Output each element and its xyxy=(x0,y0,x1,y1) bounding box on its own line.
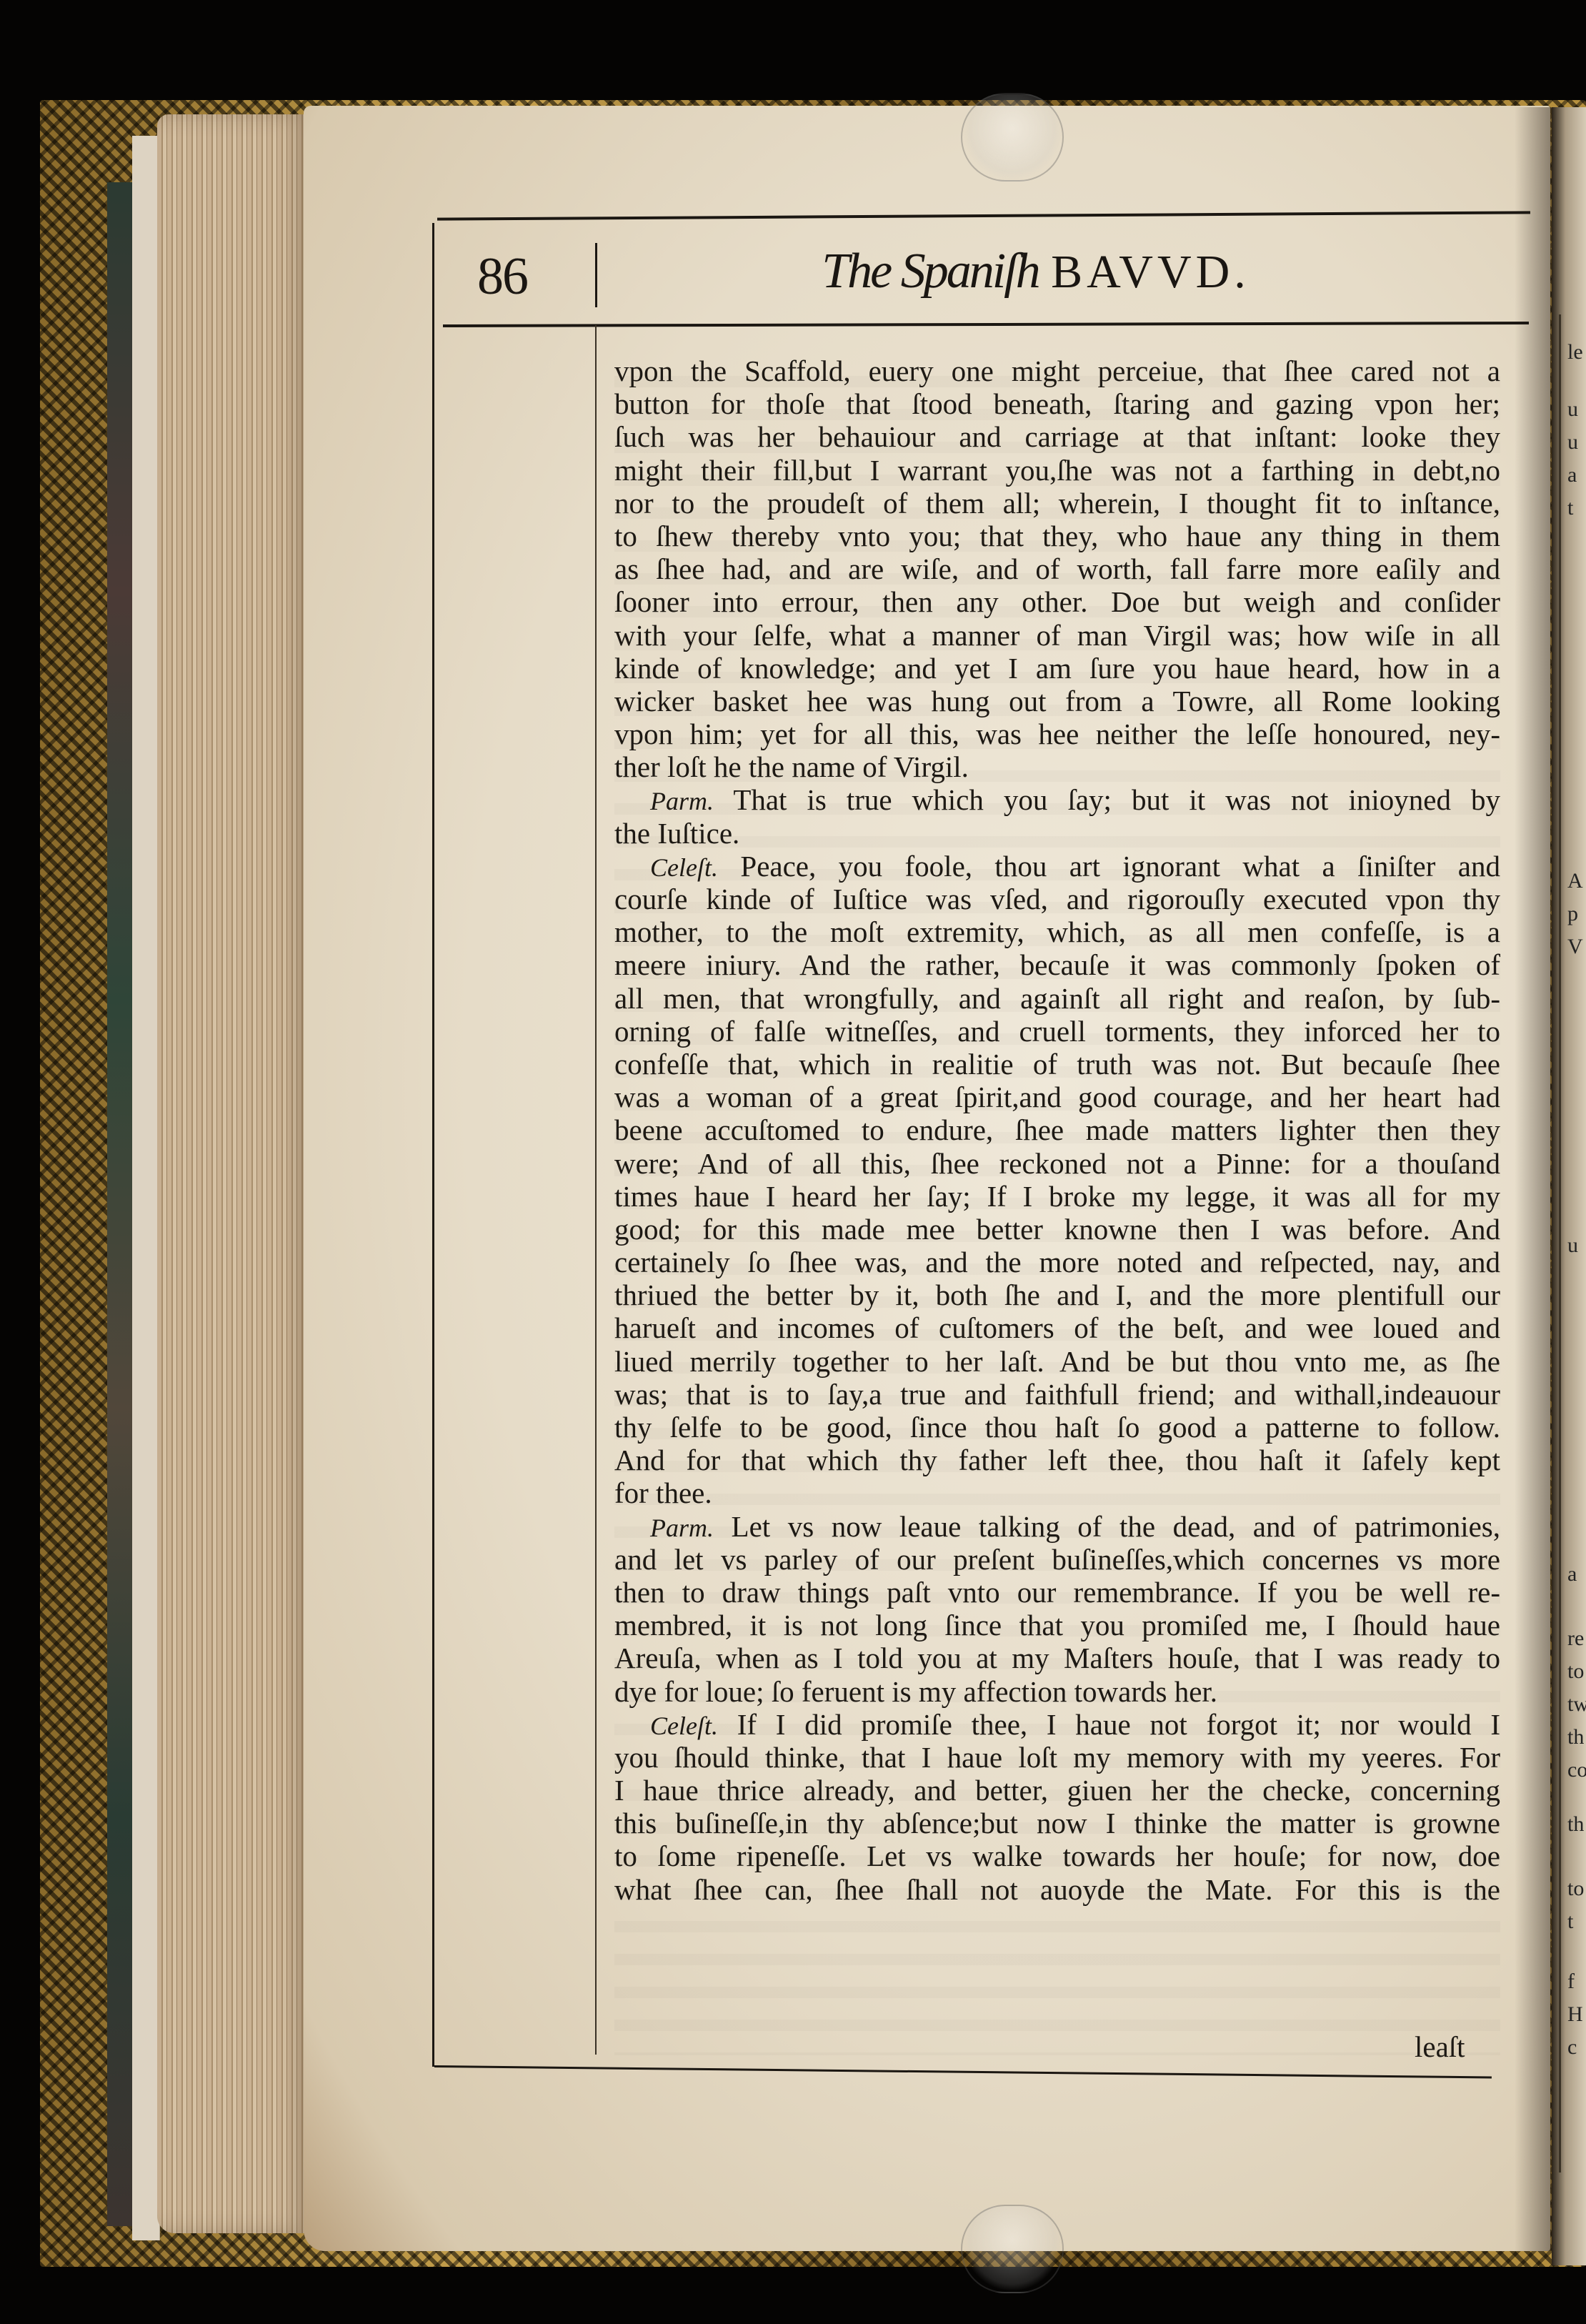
text-line: courſe kinde of Iuſtice was vſed, and ri… xyxy=(614,883,1500,915)
line-text: might their fill,but I warrant you,ſhe w… xyxy=(614,454,1500,487)
text-line: button for thoſe that ſtood beneath, ſta… xyxy=(614,387,1500,420)
line-text: all men, that wrongfully, and againſt al… xyxy=(614,982,1500,1015)
facing-fragment: u xyxy=(1567,393,1578,426)
text-line: vpon the Scaffold, euery one might perce… xyxy=(614,354,1500,387)
line-text: thy ſelfe to be good, ſince thou haſt ſo… xyxy=(614,1411,1500,1444)
text-column-rule xyxy=(595,325,597,2055)
facing-fragment: f xyxy=(1567,1965,1575,1998)
text-line: thriued the better by it, both ſhe and I… xyxy=(614,1278,1500,1311)
line-text: harueſt and incomes of cuſtomers of the … xyxy=(614,1311,1500,1344)
text-line: dye for loue; ſo feruent is my affection… xyxy=(614,1675,1500,1708)
text-line: ther loſt he the name of Virgil. xyxy=(614,750,1500,783)
facing-page-edge: le u u a t A p V u a re to tw th co th t… xyxy=(1552,107,1586,2265)
text-line: And for that which thy father left thee,… xyxy=(614,1444,1500,1476)
text-line: the Iuſtice. xyxy=(614,817,1500,850)
text-line: might their fill,but I warrant you,ſhe w… xyxy=(614,454,1500,487)
facing-fragment: le xyxy=(1567,336,1583,369)
text-line: mother, to the moſt extremity, which, as… xyxy=(614,915,1500,948)
text-line: liued merrily together to her laſt. And … xyxy=(614,1345,1500,1378)
left-column-rule xyxy=(432,223,434,2067)
facing-fragment: V xyxy=(1567,930,1583,963)
text-line: wicker basket hee was hung out from a To… xyxy=(614,685,1500,717)
text-line: beene accuſtomed to endure, ſhee made ma… xyxy=(614,1113,1500,1146)
text-line: as ſhee had, and are wiſe, and of worth,… xyxy=(614,552,1500,585)
line-text: to ſome ripeneſſe. Let vs walke towards … xyxy=(614,1839,1500,1872)
line-text: Peace, you foole, thou art ignorant what… xyxy=(740,850,1500,883)
line-text: liued merrily together to her laſt. And … xyxy=(614,1345,1500,1378)
line-text: confeſſe that, which in realitie of trut… xyxy=(614,1048,1500,1081)
line-text: mother, to the moſt extremity, which, as… xyxy=(614,915,1500,948)
line-text: courſe kinde of Iuſtice was vſed, and ri… xyxy=(614,883,1500,915)
line-text: then to draw things paſt vnto our rememb… xyxy=(614,1576,1500,1609)
line-text: dye for loue; ſo feruent is my affection… xyxy=(614,1675,1217,1708)
facing-fragment: a xyxy=(1567,1558,1577,1591)
line-text: That is true which you ſay; but it was n… xyxy=(733,783,1500,816)
page-number: 86 xyxy=(477,247,527,307)
text-line: thy ſelfe to be good, ſince thou haſt ſo… xyxy=(614,1411,1500,1444)
text-line: ſuch was her behauiour and carriage at t… xyxy=(614,420,1500,453)
text-line: to ſhew thereby vnto you; that they, who… xyxy=(614,520,1500,552)
line-text: were; And of all this, ſhee reckoned not… xyxy=(614,1147,1500,1180)
text-line: certainely ſo ſhee was, and the more not… xyxy=(614,1246,1500,1278)
line-text: nor to the proudeſt of them all; wherein… xyxy=(614,487,1500,520)
facing-fragment: u xyxy=(1567,426,1578,459)
facing-fragment: th xyxy=(1567,1721,1584,1754)
facing-fragment: re xyxy=(1567,1622,1584,1655)
catchword: leaſt xyxy=(1415,2030,1465,2064)
text-line: times haue I heard her ſay; If I broke m… xyxy=(614,1180,1500,1213)
facing-fragment: H xyxy=(1567,1998,1583,2031)
facing-page-rule xyxy=(1559,314,1561,2172)
text-line: this buſineſſe,in thy abſence;but now I … xyxy=(614,1807,1500,1839)
stacked-page-edges xyxy=(157,114,311,2233)
facing-fragment: p xyxy=(1567,898,1578,930)
text-line: for thee. xyxy=(614,1476,1500,1509)
line-text: you ſhould thinke, that I haue loſt my m… xyxy=(614,1741,1500,1774)
text-line: kinde of knowledge; and yet I am ſure yo… xyxy=(614,652,1500,685)
text-line: nor to the proudeſt of them all; wherein… xyxy=(614,487,1500,520)
speaker-label: Celeſt. xyxy=(650,1712,718,1740)
line-text: was; that is to ſay,a true and faithfull… xyxy=(614,1378,1500,1411)
line-text: ther loſt he the name of Virgil. xyxy=(614,750,969,783)
facing-fragment: t xyxy=(1567,492,1573,525)
line-text: and let vs parley of our preſent buſineſ… xyxy=(614,1543,1500,1576)
line-text: with your ſelfe, what a manner of man Vi… xyxy=(614,619,1500,652)
text-line: then to draw things paſt vnto our rememb… xyxy=(614,1576,1500,1609)
speech-line: Parm. Let vs now leaue talking of the de… xyxy=(614,1510,1500,1543)
speaker-label: Parm. xyxy=(650,787,714,815)
line-text: the Iuſtice. xyxy=(614,817,739,850)
page-body-text: vpon the Scaffold, euery one might perce… xyxy=(614,354,1500,1906)
line-text: meere iniury. And the rather, becauſe it… xyxy=(614,948,1500,981)
line-text: If I did promiſe thee, I haue not forgot… xyxy=(737,1708,1500,1741)
line-text: kinde of knowledge; and yet I am ſure yo… xyxy=(614,652,1500,685)
speaker-label: Celeſt. xyxy=(650,853,718,882)
line-text: to ſhew thereby vnto you; that they, who… xyxy=(614,520,1500,552)
header-divider xyxy=(595,243,597,307)
line-text: beene accuſtomed to endure, ſhee made ma… xyxy=(614,1113,1500,1146)
text-line: was a woman of a great ſpirit,and good c… xyxy=(614,1081,1500,1113)
text-line: what ſhee can, ſhee ſhall not auoyde the… xyxy=(614,1873,1500,1906)
facing-fragment: t xyxy=(1567,1905,1573,1938)
line-text: good; for this made mee better knowne th… xyxy=(614,1213,1500,1246)
running-title-caps: BAVVD. xyxy=(1051,246,1250,298)
line-text: for thee. xyxy=(614,1476,712,1509)
text-line: all men, that wrongfully, and againſt al… xyxy=(614,982,1500,1015)
facing-fragment: co xyxy=(1567,1754,1586,1787)
gutter-shadow xyxy=(1515,107,1557,2251)
line-text: vpon him; yet for all this, was hee neit… xyxy=(614,717,1500,750)
text-line: and let vs parley of our preſent buſineſ… xyxy=(614,1543,1500,1576)
line-text: vpon the Scaffold, euery one might perce… xyxy=(614,354,1500,387)
text-line: were; And of all this, ſhee reckoned not… xyxy=(614,1147,1500,1180)
text-line: vpon him; yet for all this, was hee neit… xyxy=(614,717,1500,750)
text-line: Areuſa, when as I told you at my Maſters… xyxy=(614,1642,1500,1674)
line-text: button for thoſe that ſtood beneath, ſta… xyxy=(614,387,1500,420)
facing-fragment: u xyxy=(1567,1229,1578,1262)
text-line: membred, it is not long ſince that you p… xyxy=(614,1609,1500,1642)
marbled-endpaper xyxy=(107,182,136,2226)
line-text: membred, it is not long ſince that you p… xyxy=(614,1609,1500,1642)
text-line: harueſt and incomes of cuſtomers of the … xyxy=(614,1311,1500,1344)
text-line: meere iniury. And the rather, becauſe it… xyxy=(614,948,1500,981)
text-line: was; that is to ſay,a true and faithfull… xyxy=(614,1378,1500,1411)
facing-fragment: th xyxy=(1567,1808,1584,1841)
text-line: with your ſelfe, what a manner of man Vi… xyxy=(614,619,1500,652)
speaker-label: Parm. xyxy=(650,1514,714,1542)
text-line: to ſome ripeneſſe. Let vs walke towards … xyxy=(614,1839,1500,1872)
text-line: good; for this made mee better knowne th… xyxy=(614,1213,1500,1246)
page-clip-top xyxy=(961,93,1064,182)
facing-fragment: to xyxy=(1567,1655,1584,1688)
text-line: you ſhould thinke, that I haue loſt my m… xyxy=(614,1741,1500,1774)
line-text: Areuſa, when as I told you at my Maſters… xyxy=(614,1642,1500,1674)
speech-line: Parm. That is true which you ſay; but it… xyxy=(614,783,1500,816)
line-text: as ſhee had, and are wiſe, and of worth,… xyxy=(614,552,1500,585)
line-text: times haue I heard her ſay; If I broke m… xyxy=(614,1180,1500,1213)
facing-fragment: A xyxy=(1567,865,1583,898)
facing-fragment: a xyxy=(1567,459,1577,492)
line-text: ſuch was her behauiour and carriage at t… xyxy=(614,420,1500,453)
line-text: was a woman of a great ſpirit,and good c… xyxy=(614,1081,1500,1113)
line-text: thriued the better by it, both ſhe and I… xyxy=(614,1278,1500,1311)
facing-fragment: tw xyxy=(1567,1688,1586,1721)
line-text: I haue thrice already, and better, giuen… xyxy=(614,1774,1500,1807)
text-line: orning of falſe witneſſes, and cruell to… xyxy=(614,1015,1500,1048)
text-line: I haue thrice already, and better, giuen… xyxy=(614,1774,1500,1807)
text-line: confeſſe that, which in realitie of trut… xyxy=(614,1048,1500,1081)
line-text: what ſhee can, ſhee ſhall not auoyde the… xyxy=(614,1873,1500,1906)
line-text: orning of falſe witneſſes, and cruell to… xyxy=(614,1015,1500,1048)
line-text: And for that which thy father left thee,… xyxy=(614,1444,1500,1476)
running-title-italic: The Spaniſh xyxy=(822,244,1038,299)
line-text: ſooner into errour, then any other. Doe … xyxy=(614,585,1500,618)
page-clip-bottom xyxy=(961,2205,1064,2293)
line-text: Let vs now leaue talking of the dead, an… xyxy=(732,1510,1500,1543)
facing-fragment: c xyxy=(1567,2031,1577,2064)
line-text: this buſineſſe,in thy abſence;but now I … xyxy=(614,1807,1500,1839)
speech-line: Celeſt. Peace, you foole, thou art ignor… xyxy=(614,850,1500,883)
speech-line: Celeſt. If I did promiſe thee, I haue no… xyxy=(614,1708,1500,1741)
line-text: certainely ſo ſhee was, and the more not… xyxy=(614,1246,1500,1278)
facing-fragment: to xyxy=(1567,1872,1584,1905)
flyleaf xyxy=(132,136,160,2240)
line-text: wicker basket hee was hung out from a To… xyxy=(614,685,1500,717)
running-title: The Spaniſh BAVVD. xyxy=(714,243,1357,300)
text-line: ſooner into errour, then any other. Doe … xyxy=(614,585,1500,618)
